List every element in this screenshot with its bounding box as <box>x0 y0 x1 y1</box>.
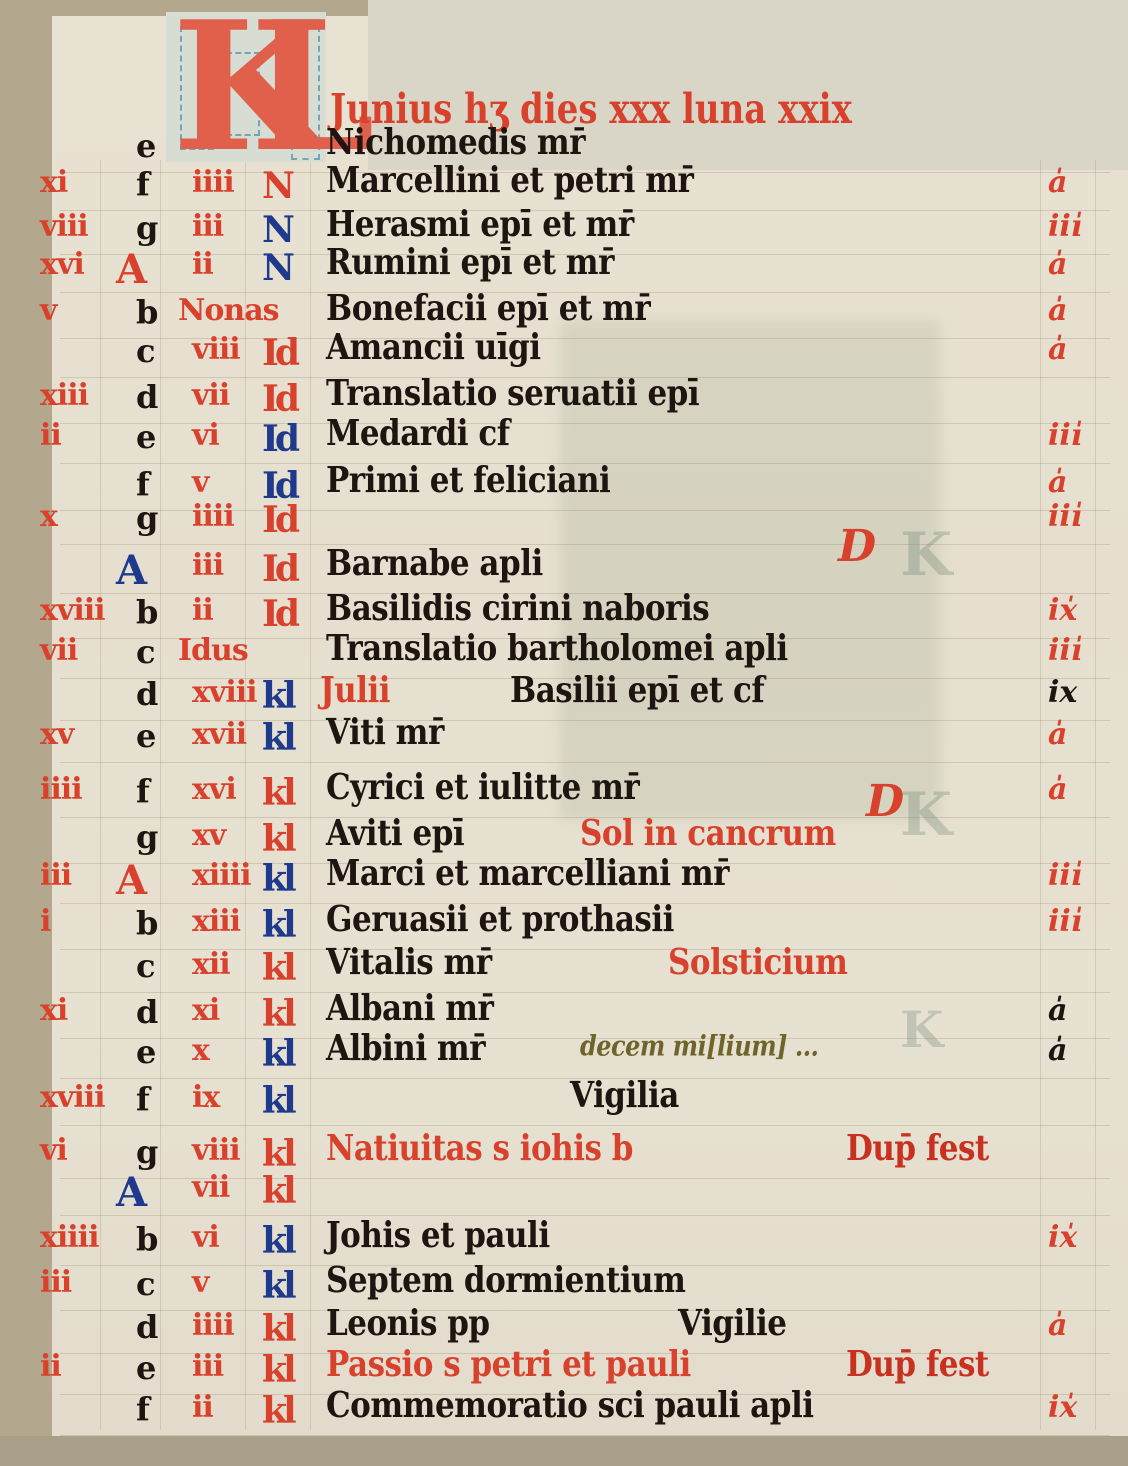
feast-grade-mark: iii̍ <box>1048 861 1082 891</box>
bleed-through-letter: K <box>900 780 952 850</box>
saint-entry: Translatio seruatii epī <box>326 376 699 412</box>
saint-entry: Passio s petri et pauli <box>326 1347 691 1383</box>
feast-grade-mark: ix <box>1048 678 1077 708</box>
roman-day-count: v <box>192 468 208 498</box>
kl-nones-ides-marker: kl <box>262 1268 293 1304</box>
dominical-letter: e <box>136 421 156 453</box>
kl-nones-ides-marker: N <box>262 168 291 204</box>
vertical-rule <box>160 160 161 1430</box>
golden-number: xiiii <box>40 1223 98 1253</box>
feast-grade-mark: a̍ <box>1048 250 1067 280</box>
golden-number: iii <box>40 861 71 891</box>
dominical-letter: b <box>136 296 158 328</box>
kl-nones-ides-marker: kl <box>262 1173 293 1209</box>
feast-grade-mark: ix̍ <box>1048 1393 1077 1423</box>
dominical-letter: f <box>136 168 150 200</box>
feast-grade-mark: ix̍ <box>1048 596 1077 626</box>
roman-day-count: Nonas <box>178 296 279 326</box>
saint-entry: Amancii uīgi <box>326 330 540 366</box>
roman-day-count: iiii <box>192 1311 234 1341</box>
golden-number: x <box>40 502 57 532</box>
dominical-letter: f <box>136 1083 150 1115</box>
bleed-through-letter: K <box>900 1000 943 1059</box>
saint-entry: Primi et feliciani <box>326 463 610 499</box>
golden-number: v <box>40 296 56 326</box>
dominical-letter: g <box>136 821 158 853</box>
vertical-rule <box>1040 160 1041 1430</box>
kl-nones-ides-marker: N <box>262 250 291 286</box>
saint-entry: Aviti epī <box>326 816 464 852</box>
kl-nones-ides-marker: kl <box>262 907 293 943</box>
roman-day-count: xviii <box>192 678 257 708</box>
kl-nones-ides-marker: Id <box>262 551 296 587</box>
dominical-letter: d <box>136 1311 158 1343</box>
vertical-rule <box>1095 160 1096 1430</box>
saint-entry: Marci et marcelliani mr̄ <box>326 856 729 892</box>
saint-entry: Johis et pauli <box>326 1218 550 1254</box>
roman-day-count: vi <box>192 1223 219 1253</box>
saint-entry: Basilidis cirini naboris <box>326 591 709 627</box>
roman-day-count: viii <box>192 335 240 365</box>
roman-day-count: ii <box>192 1393 213 1423</box>
golden-number: xvi <box>40 250 84 280</box>
page-bottom-edge <box>0 1436 1128 1466</box>
roman-day-count: vii <box>192 1173 229 1203</box>
kl-nones-ides-marker: kl <box>262 1083 293 1119</box>
kl-nones-ides-marker: kl <box>262 1393 293 1429</box>
roman-day-count: iii <box>192 212 223 242</box>
saint-entry: Medardi cf <box>326 416 510 452</box>
golden-number: vi <box>40 1136 67 1166</box>
golden-number: i <box>40 907 50 937</box>
rubric-note: Dup̄ fest <box>846 1347 989 1383</box>
kl-nones-ides-marker: Id <box>262 381 296 417</box>
feast-grade-mark: iii̍ <box>1048 212 1082 242</box>
dominical-letter: g <box>136 502 158 534</box>
roman-day-count: iiii <box>192 502 234 532</box>
roman-day-count: iii <box>192 551 223 581</box>
feast-grade-mark: a̍ <box>1048 296 1067 326</box>
vertical-rule <box>310 160 311 1430</box>
vertical-rule <box>245 160 246 1430</box>
feast-grade-mark: iii̍ <box>1048 636 1082 666</box>
kl-nones-ides-marker: kl <box>262 996 293 1032</box>
dominical-letter: b <box>136 1223 158 1255</box>
dominical-letter: g <box>136 212 158 244</box>
margin-d-mark: D <box>838 525 876 569</box>
kl-nones-ides-marker: kl <box>262 678 293 714</box>
dominical-letter: b <box>136 907 158 939</box>
dominical-letter: c <box>136 950 155 982</box>
saint-entry: Barnabe apli <box>326 546 543 582</box>
roman-day-count: xiiii <box>192 861 250 891</box>
roman-day-count: v <box>192 1268 208 1298</box>
rubric-note: decem mi[lium] ... <box>580 1032 818 1060</box>
rubric-note: Dup̄ fest <box>846 1131 989 1167</box>
saint-entry: Septem dormientium <box>326 1263 685 1299</box>
kl-nones-ides-marker: Id <box>262 335 296 371</box>
saint-entry: Vitalis mr̄ <box>326 945 492 981</box>
kl-nones-ides-marker: kl <box>262 1352 293 1388</box>
saint-entry: Herasmi epī et mr̄ <box>326 207 634 243</box>
golden-number: xviii <box>40 1083 105 1113</box>
feast-grade-mark: a̍ <box>1048 996 1067 1026</box>
saint-entry: Basilii epī et cf <box>510 673 764 709</box>
ruling-line <box>60 1435 1110 1436</box>
kl-nones-ides-marker: kl <box>262 950 293 986</box>
feast-grade-mark: a̍ <box>1048 468 1067 498</box>
kl-nones-ides-marker: kl <box>262 821 293 857</box>
feast-grade-mark: ix̍ <box>1048 1223 1077 1253</box>
vertical-rule <box>100 160 101 1430</box>
rubric-note: Solsticium <box>668 945 847 981</box>
kl-nones-ides-marker: kl <box>262 1311 293 1347</box>
roman-day-count: xv <box>192 821 225 851</box>
dominical-letter: b <box>136 596 158 628</box>
dominical-letter: e <box>136 1036 156 1068</box>
kl-nones-ides-marker: Id <box>262 596 296 632</box>
saint-entry: Leonis pp <box>326 1306 490 1342</box>
ruling-line <box>60 1125 1110 1126</box>
rubric-note: Sol in cancrum <box>580 816 836 852</box>
roman-day-count: vi <box>192 421 219 451</box>
golden-number: xv <box>40 720 73 750</box>
dominical-letter: g <box>136 1136 158 1168</box>
saint-entry: Cyrici et iulitte mr̄ <box>326 770 639 806</box>
golden-number: xiii <box>40 381 88 411</box>
roman-day-count: ii <box>192 596 213 626</box>
kl-nones-ides-marker: N <box>262 212 291 248</box>
roman-day-count: xiii <box>192 907 240 937</box>
rubric-note: Julii <box>320 673 390 709</box>
kl-nones-ides-marker: kl <box>262 1223 293 1259</box>
feast-grade-mark: iii̍ <box>1048 502 1082 532</box>
golden-number: iiii <box>40 775 82 805</box>
dominical-letter: c <box>136 1268 155 1300</box>
saint-entry: Natiuitas s iohis b <box>326 1131 633 1167</box>
feast-grade-mark: a̍ <box>1048 1311 1067 1341</box>
roman-day-count: xi <box>192 996 219 1026</box>
saint-entry: Nichomedis mr̄ <box>326 125 585 161</box>
kl-decorated-initial: K L <box>166 12 326 162</box>
saint-entry: Commemoratio sci pauli apli <box>326 1388 814 1424</box>
rubric-note: Vigilie <box>678 1306 787 1342</box>
roman-day-count: x <box>192 1036 209 1066</box>
golden-number: vii <box>40 636 77 666</box>
golden-number: xi <box>40 168 67 198</box>
saint-entry: Albini mr̄ <box>326 1031 485 1067</box>
dominical-letter: A <box>116 551 147 591</box>
dominical-letter: e <box>136 130 156 162</box>
dominical-letter: f <box>136 775 150 807</box>
golden-number: iii <box>40 1268 71 1298</box>
feast-grade-mark: a̍ <box>1048 775 1067 805</box>
saint-entry: Albani mr̄ <box>326 991 493 1027</box>
dominical-letter: c <box>136 636 155 668</box>
dominical-letter: f <box>136 1393 150 1425</box>
kl-nones-ides-marker: Id <box>262 421 296 457</box>
roman-day-count: ii <box>192 250 213 280</box>
golden-number: xviii <box>40 596 105 626</box>
saint-entry: Marcellini et petri mr̄ <box>326 163 693 199</box>
golden-number: xi <box>40 996 67 1026</box>
golden-number: viii <box>40 212 88 242</box>
roman-day-count: iiii <box>192 168 234 198</box>
dominical-letter: c <box>136 335 155 367</box>
rubric-note: Vigilia <box>570 1078 679 1114</box>
bleed-through-letter: K <box>900 520 952 590</box>
saint-entry: Bonefacii epī et mr̄ <box>326 291 650 327</box>
feast-grade-mark: a̍ <box>1048 1036 1067 1066</box>
feast-grade-mark: a̍ <box>1048 720 1067 750</box>
feast-grade-mark: a̍ <box>1048 335 1067 365</box>
roman-day-count: Idus <box>178 636 248 666</box>
dominical-letter: e <box>136 1352 156 1384</box>
roman-day-count: xvi <box>192 775 236 805</box>
kl-nones-ides-marker: kl <box>262 1136 293 1172</box>
margin-d-mark: D <box>866 780 904 824</box>
dominical-letter: A <box>116 1173 147 1213</box>
roman-day-count: vii <box>192 381 229 411</box>
kl-nones-ides-marker: kl <box>262 1036 293 1072</box>
ruling-line <box>60 762 1110 763</box>
kl-nones-ides-marker: kl <box>262 720 293 756</box>
saint-entry: Geruasii et prothasii <box>326 902 674 938</box>
ruling-line <box>60 544 1110 545</box>
feast-grade-mark: iii̍ <box>1048 421 1082 451</box>
feast-grade-mark: a̍ <box>1048 168 1067 198</box>
dominical-letter: A <box>116 250 147 290</box>
feast-grade-mark: iii̍ <box>1048 907 1082 937</box>
kl-nones-ides-marker: kl <box>262 861 293 897</box>
roman-day-count: xvii <box>192 720 246 750</box>
kl-nones-ides-marker: kl <box>262 775 293 811</box>
roman-day-count: iii <box>192 1352 223 1382</box>
ruling-line <box>60 1215 1110 1216</box>
kl-nones-ides-marker: Id <box>262 502 296 538</box>
golden-number: ii <box>40 1352 61 1382</box>
dominical-letter: A <box>116 861 147 901</box>
dominical-letter: d <box>136 381 158 413</box>
dominical-letter: f <box>136 468 150 500</box>
saint-entry: Rumini epī et mr̄ <box>326 245 614 281</box>
dominical-letter: d <box>136 996 158 1028</box>
saint-entry: Viti mr̄ <box>326 715 444 751</box>
roman-day-count: xii <box>192 950 230 980</box>
golden-number: ii <box>40 421 61 451</box>
dominical-letter: d <box>136 678 158 710</box>
roman-day-count: viii <box>192 1136 240 1166</box>
saint-entry: Translatio bartholomei apli <box>326 631 788 667</box>
roman-day-count: ix <box>192 1083 219 1113</box>
dominical-letter: e <box>136 720 156 752</box>
